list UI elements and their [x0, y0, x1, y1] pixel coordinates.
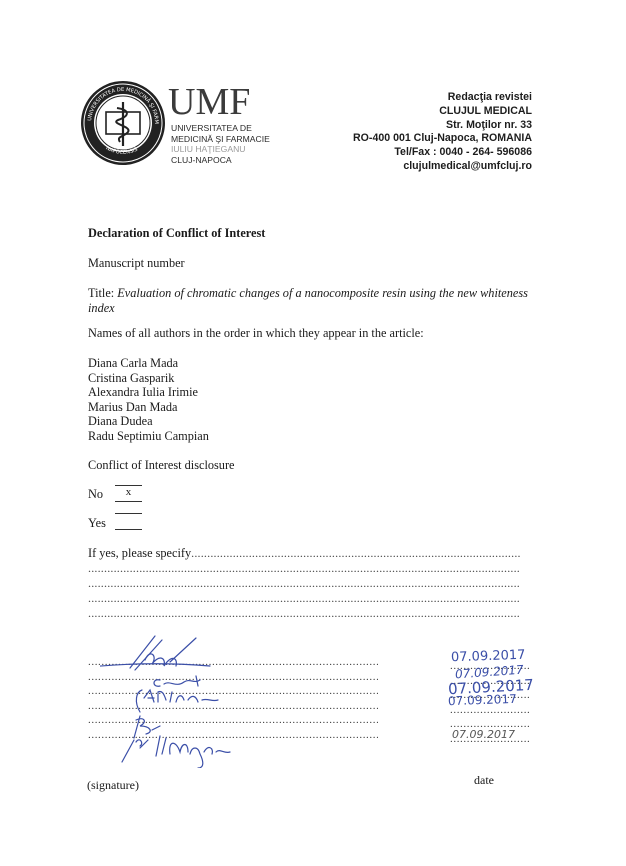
manuscript-number-label: Manuscript number: [88, 256, 185, 271]
disclosure-label: Conflict of Interest disclosure: [88, 458, 235, 473]
email-link[interactable]: clujulmedical@umfcluj.ro: [353, 160, 532, 174]
handwritten-date: 07.09.2017: [448, 692, 517, 708]
specify-label: If yes, please specify: [88, 546, 191, 560]
specify-field[interactable]: ........................................…: [191, 546, 520, 560]
umf-subtitle: UNIVERSITATEA DE MEDICINĂ ŞI FARMACIE IU…: [171, 123, 270, 165]
no-label: No: [88, 487, 103, 502]
address-line: Redacţia revistei: [353, 91, 532, 105]
yes-label: Yes: [88, 516, 106, 531]
author-name: Marius Dan Mada: [88, 400, 209, 415]
specify-field-line[interactable]: ........................................…: [88, 591, 520, 606]
address-line: RO-400 001 Cluj-Napoca, ROMANIA: [353, 132, 532, 146]
umf-title: UMF: [168, 83, 250, 121]
specify-field-line[interactable]: ........................................…: [88, 561, 520, 576]
manuscript-title: Title: Evaluation of chromatic changes o…: [88, 286, 528, 316]
author-name: Alexandra Iulia Irimie: [88, 385, 209, 400]
university-seal-logo: UNIVERSITATEA DE MEDICINĂ ŞI FARMACIE NA…: [80, 80, 166, 166]
address-line: Tel/Fax : 0040 - 264- 596086: [353, 146, 532, 160]
journal-address: Redacţia revistei CLUJUL MEDICAL Str. Mo…: [353, 91, 532, 174]
authors-label: Names of all authors in the order in whi…: [88, 326, 424, 341]
author-name: Diana Dudea: [88, 414, 209, 429]
document-title: Declaration of Conflict of Interest: [88, 226, 265, 241]
specify-field-line[interactable]: ........................................…: [88, 606, 520, 621]
yes-field[interactable]: [115, 513, 142, 530]
specify-line: If yes, please specify..................…: [88, 546, 520, 561]
umf-subtitle-line: UNIVERSITATEA DE: [171, 123, 270, 134]
title-value: Evaluation of chromatic changes of a nan…: [88, 286, 528, 315]
address-line: Str. Moţilor nr. 33: [353, 119, 532, 133]
umf-subtitle-line: CLUJ-NAPOCA: [171, 155, 270, 166]
specify-field-line[interactable]: ........................................…: [88, 576, 520, 591]
handwritten-date: 07.09.2017: [452, 728, 515, 741]
author-name: Radu Septimiu Campian: [88, 429, 209, 444]
authors-list: Diana Carla Mada Cristina Gasparik Alexa…: [88, 356, 209, 444]
author-name: Diana Carla Mada: [88, 356, 209, 371]
title-label: Title:: [88, 286, 117, 300]
signature-label: (signature): [87, 778, 139, 793]
date-label: date: [474, 773, 494, 788]
umf-subtitle-line: IULIU HAŢIEGANU: [171, 144, 270, 155]
address-line: CLUJUL MEDICAL: [353, 105, 532, 119]
umf-subtitle-line: MEDICINĂ ŞI FARMACIE: [171, 134, 270, 145]
author-name: Cristina Gasparik: [88, 371, 209, 386]
handwritten-signatures: [100, 628, 240, 768]
caduceus-book-seal-icon: UNIVERSITATEA DE MEDICINĂ ŞI FARMACIE NA…: [80, 80, 166, 166]
no-field[interactable]: x: [115, 485, 142, 502]
